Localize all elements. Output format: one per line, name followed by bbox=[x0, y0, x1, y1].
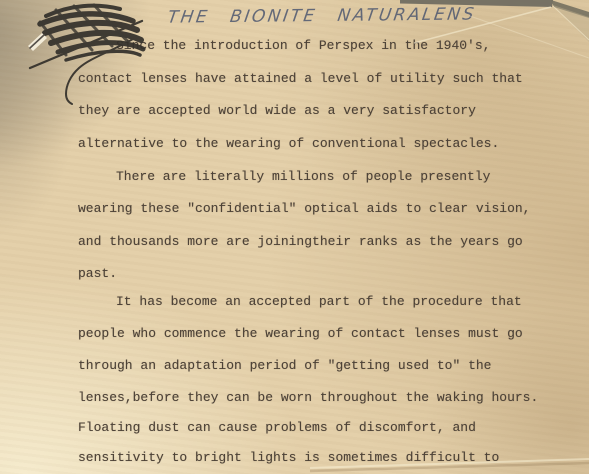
typed-line: past. bbox=[78, 266, 117, 281]
typed-line: Floating dust can cause problems of disc… bbox=[78, 420, 476, 435]
typed-line: lenses,before they can be worn throughou… bbox=[78, 390, 538, 405]
typed-line: through an adaptation period of "getting… bbox=[78, 358, 491, 373]
typed-line: contact lenses have attained a level of … bbox=[78, 71, 523, 86]
typed-line: alternative to the wearing of convention… bbox=[78, 136, 499, 151]
handwritten-title: THE BIONITE NATURALENS bbox=[166, 4, 489, 27]
typed-line: people who commence the wearing of conta… bbox=[78, 326, 523, 341]
typed-line: There are literally millions of people p… bbox=[116, 169, 490, 184]
scanned-document-page: THE BIONITE NATURALENS Since the introdu… bbox=[0, 0, 589, 474]
typed-line: and thousands more are joiningtheir rank… bbox=[78, 234, 523, 249]
typed-line: sensitivity to bright lights is sometime… bbox=[78, 450, 499, 465]
typed-line: Since the introduction of Perspex in the… bbox=[116, 38, 490, 53]
staple-mark bbox=[28, 33, 47, 51]
typed-line: wearing these "confidential" optical aid… bbox=[78, 201, 530, 216]
typed-line: they are accepted world wide as a very s… bbox=[78, 103, 476, 118]
typed-line: It has become an accepted part of the pr… bbox=[116, 294, 522, 309]
scribble-mark bbox=[30, 5, 143, 104]
